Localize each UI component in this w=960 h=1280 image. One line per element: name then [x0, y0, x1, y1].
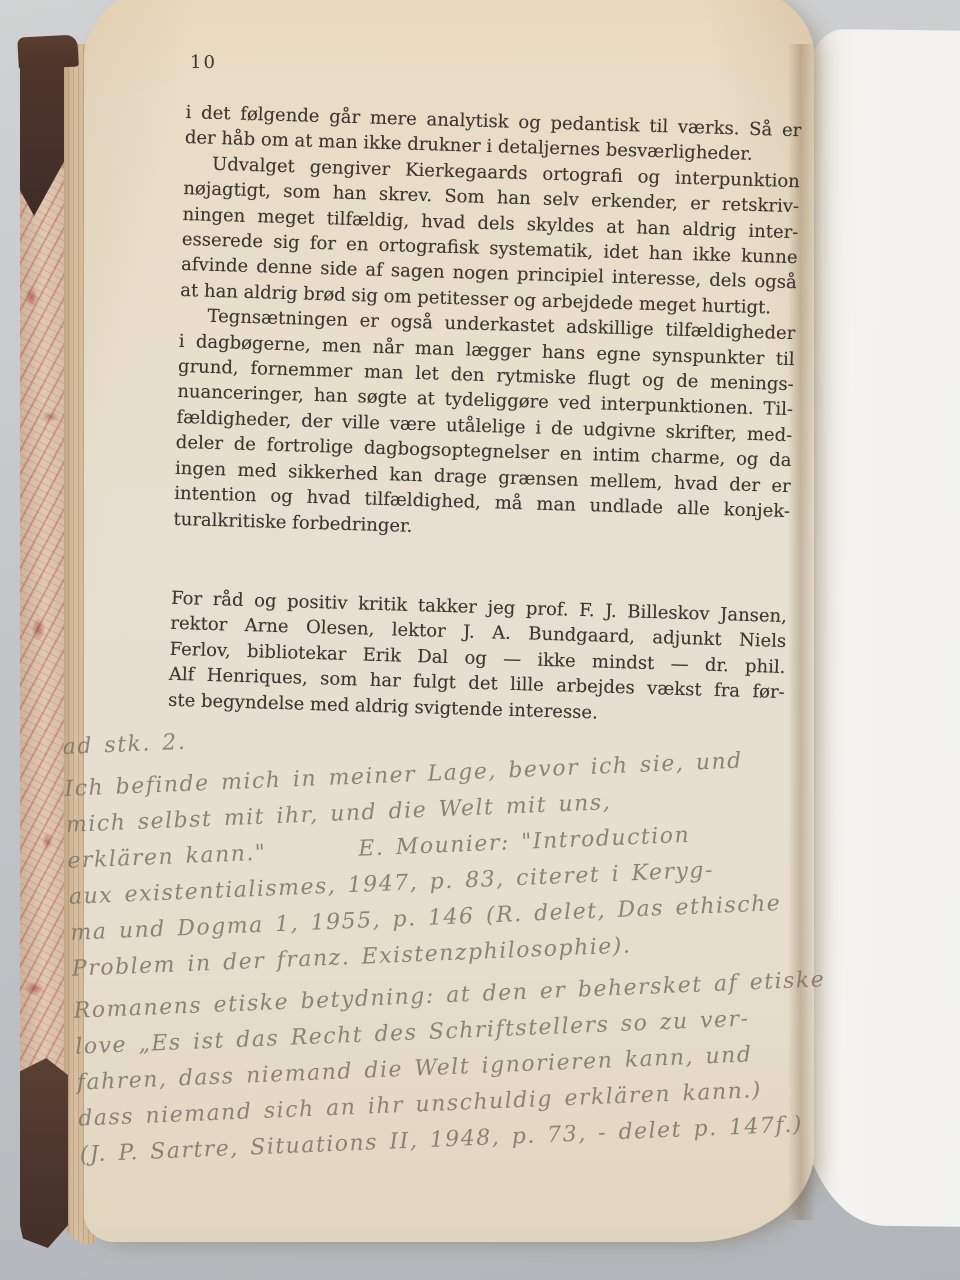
printed-text: idetfølgendegårmereanalytiskogpedantiskt…: [168, 100, 802, 731]
handwritten-annotation: ad stk. 2. Ich befinde mich in meiner La…: [62, 699, 822, 1174]
marbled-endpaper: [20, 168, 64, 1090]
book-photo: 10 idetfølgendegårmereanalytiskogpedanti…: [0, 0, 960, 1280]
paragraph-3: Tegnsætningenerogsåunderkastetadskillige…: [173, 303, 796, 550]
facing-page: [795, 29, 960, 1227]
cover-leather-corner-bottom: [20, 1058, 68, 1248]
handwriting-quote-2: Romanens etiske betydning: at den er beh…: [73, 963, 822, 1174]
paragraph-2: UdvalgetgengiverKierkegaardsortografiogi…: [180, 151, 800, 322]
page-number: 10: [190, 52, 217, 73]
handwriting-quote-1: Ich befinde mich in meiner Lage, bevor i…: [64, 741, 814, 988]
